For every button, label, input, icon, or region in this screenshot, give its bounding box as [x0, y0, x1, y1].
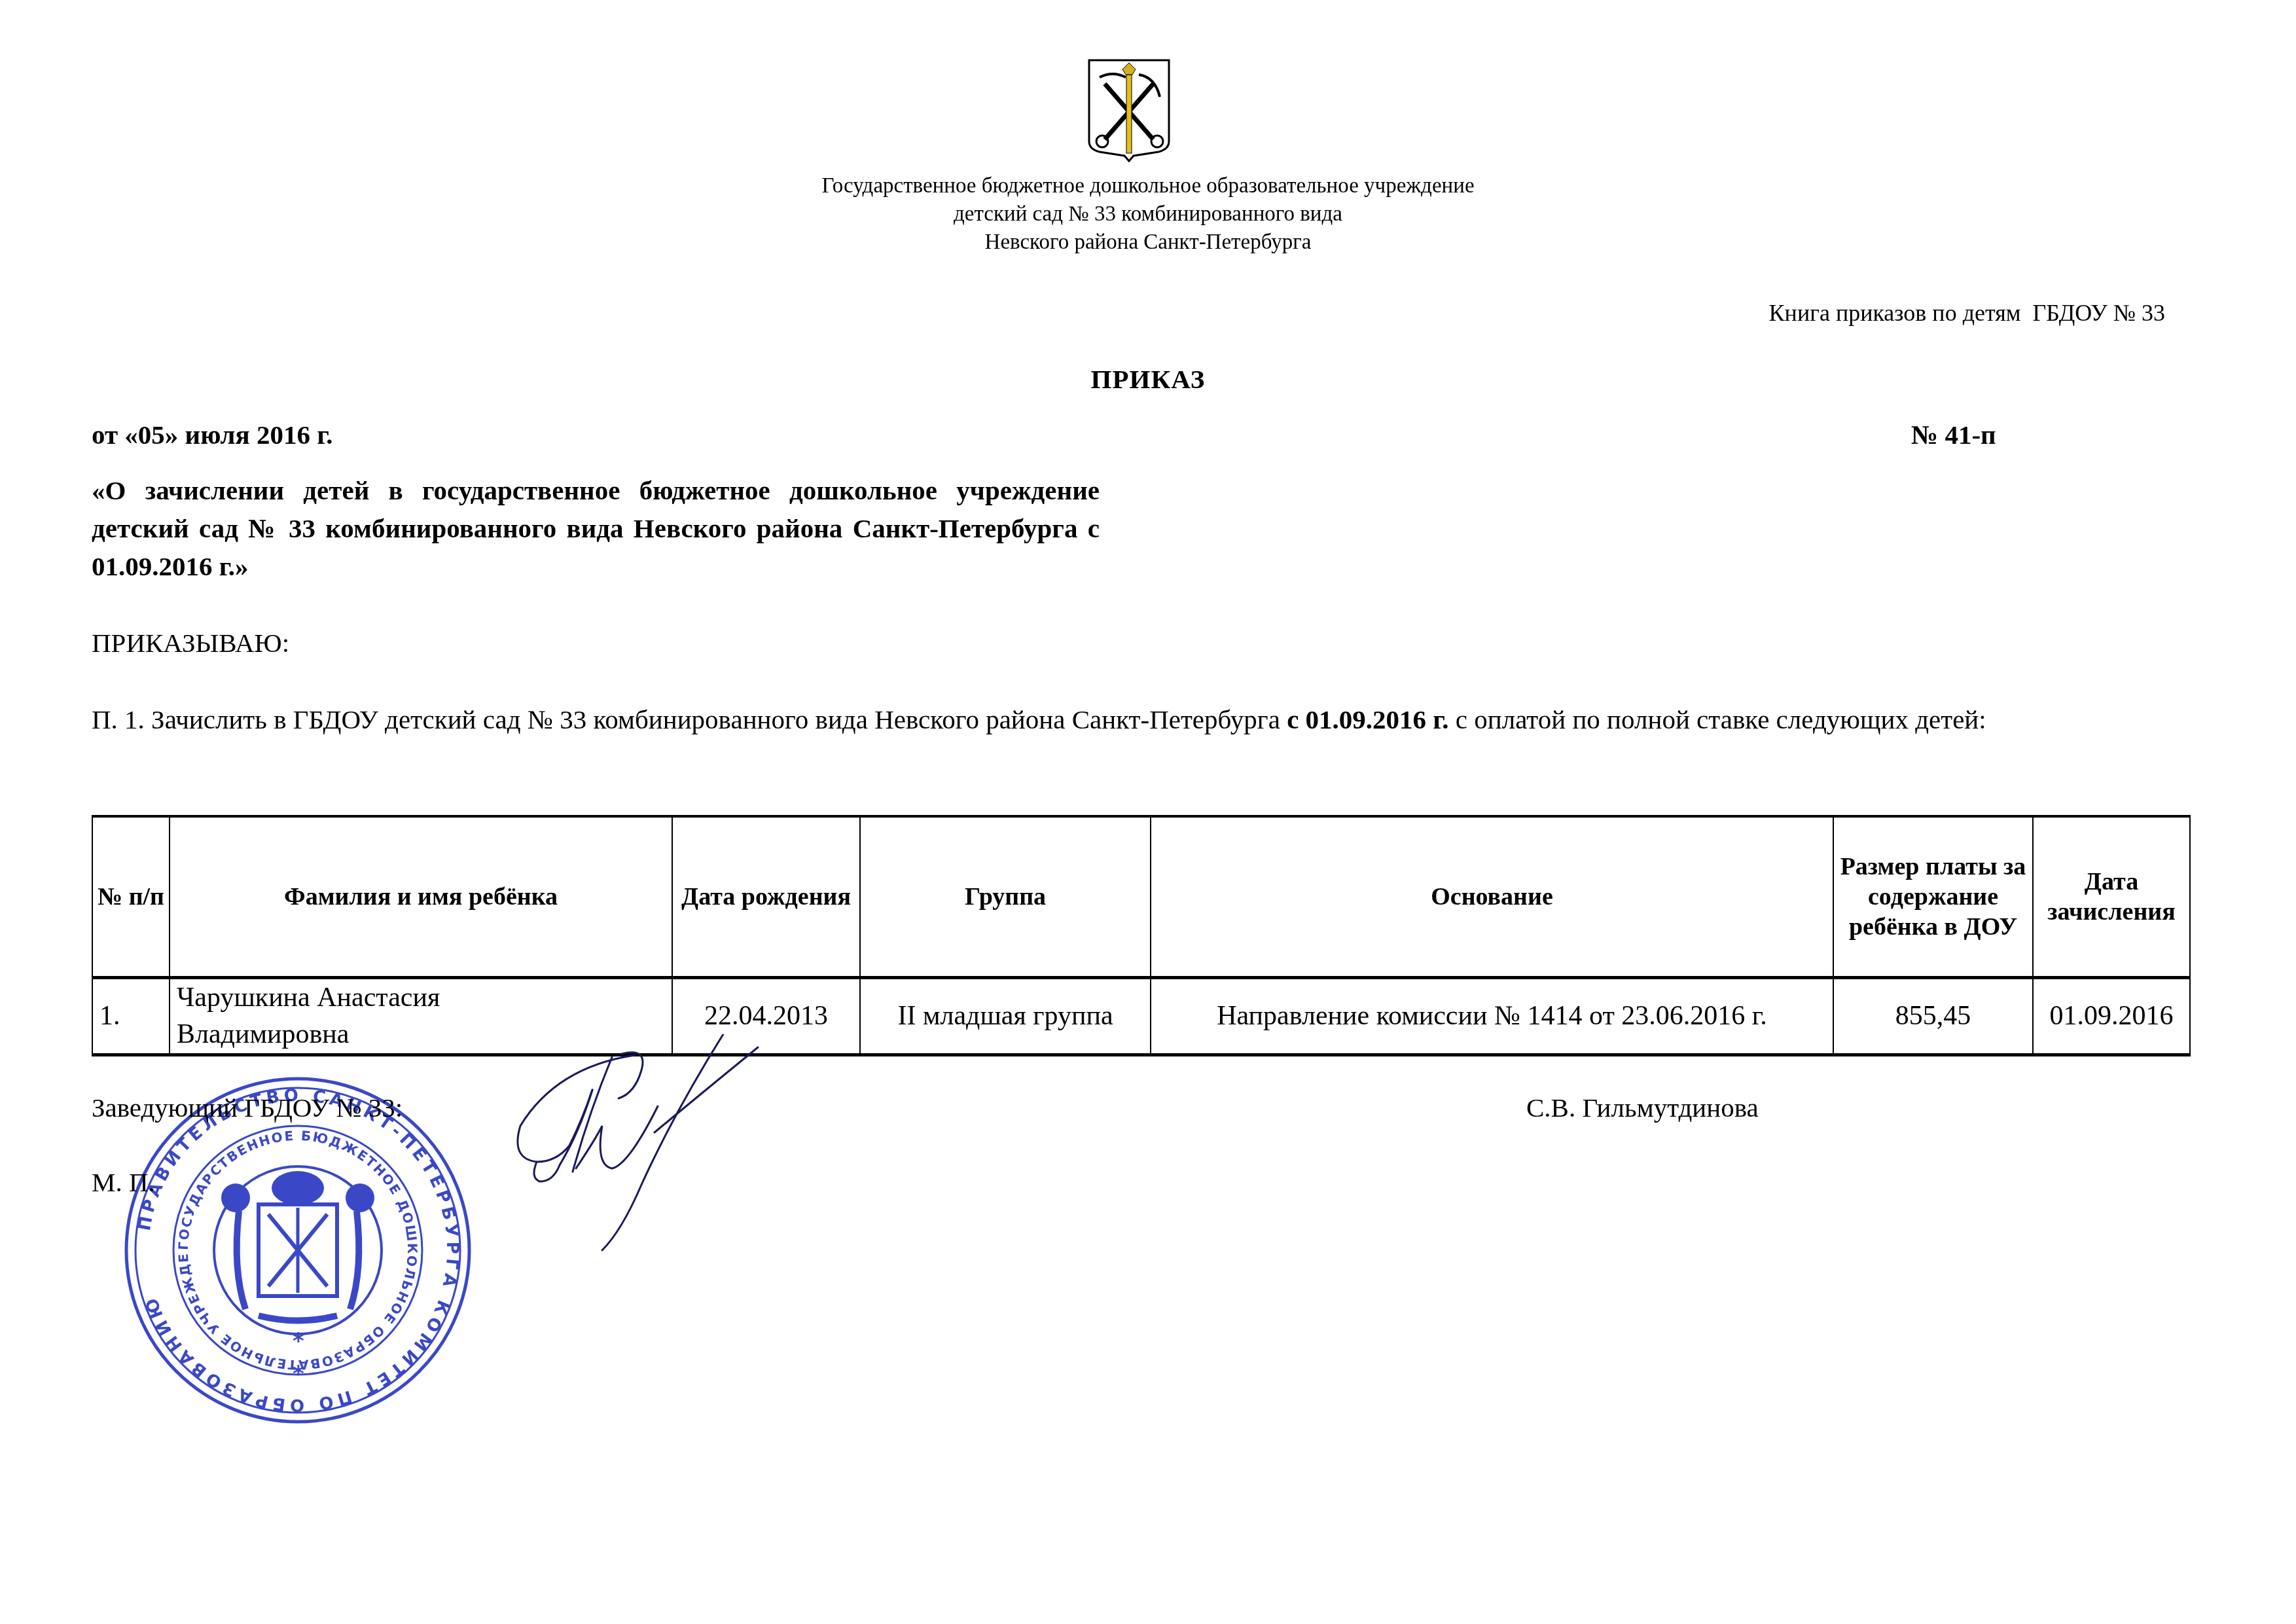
column-header-birth-date: Дата рождения: [672, 816, 860, 977]
column-header-basis: Основание: [1151, 816, 1833, 977]
table-row: 1. Чарушкина Анастасия Владимировна 22.0…: [92, 977, 2190, 1055]
order-date: от «05» июля 2016 г.: [92, 419, 332, 450]
cell-group: II младшая группа: [860, 977, 1151, 1055]
svg-text:*: *: [293, 1328, 304, 1354]
head-name: С.В. Гильмутдинова: [1526, 1092, 1759, 1123]
organization-name-line-3: Невского района Санкт-Петербурга: [0, 228, 2296, 257]
organization-name-line-1: Государственное бюджетное дошкольное обр…: [0, 171, 2296, 200]
clause-text-suffix: с оплатой по полной ставке следующих дет…: [1449, 704, 1986, 734]
column-header-name: Фамилия и имя ребёнка: [170, 816, 672, 977]
column-header-group: Группа: [860, 816, 1151, 977]
seal-place-label: М. П.: [92, 1166, 155, 1198]
order-subject: «О зачислении детей в государственное бю…: [92, 471, 1100, 585]
clause-1: П. 1. Зачислить в ГБДОУ детский сад № 33…: [92, 700, 2160, 738]
column-header-enroll-date: Дата зачисления: [2033, 816, 2190, 977]
clause-text-prefix: П. 1. Зачислить в ГБДОУ детский сад № 33…: [92, 704, 1287, 734]
order-number: № 41-п: [1911, 419, 1996, 450]
column-header-number: № п/п: [92, 816, 170, 977]
coat-of-arms-icon: [1086, 58, 1172, 162]
document-title: ПРИКАЗ: [0, 363, 2296, 395]
signature-icon: [497, 1034, 759, 1270]
column-header-fee: Размер платы за содержание ребёнка в ДОУ: [1833, 816, 2033, 977]
cell-number: 1.: [92, 977, 170, 1055]
cell-enroll-date: 01.09.2016: [2033, 977, 2190, 1055]
cell-basis: Направление комиссии № 1414 от 23.06.201…: [1151, 977, 1833, 1055]
official-seal-icon: * * ПРАВИТЕЛЬСТВО САНКТ-ПЕТЕРБУРГА КОМИТ…: [121, 1074, 475, 1427]
enrollment-table: № п/п Фамилия и имя ребёнка Дата рождени…: [92, 815, 2191, 1056]
head-position-label: Заведующий ГБДОУ № 33:: [92, 1092, 403, 1123]
order-book-label: Книга приказов по детям ГБДОУ № 33: [1769, 299, 2165, 327]
cell-fee: 855,45: [1833, 977, 2033, 1055]
directive-heading: ПРИКАЗЫВАЮ:: [92, 627, 289, 659]
clause-date-bold: с 01.09.2016 г.: [1287, 704, 1448, 734]
organization-name-line-2: детский сад № 33 комбинированного вида: [0, 200, 2296, 228]
table-header-row: № п/п Фамилия и имя ребёнка Дата рождени…: [92, 816, 2190, 977]
